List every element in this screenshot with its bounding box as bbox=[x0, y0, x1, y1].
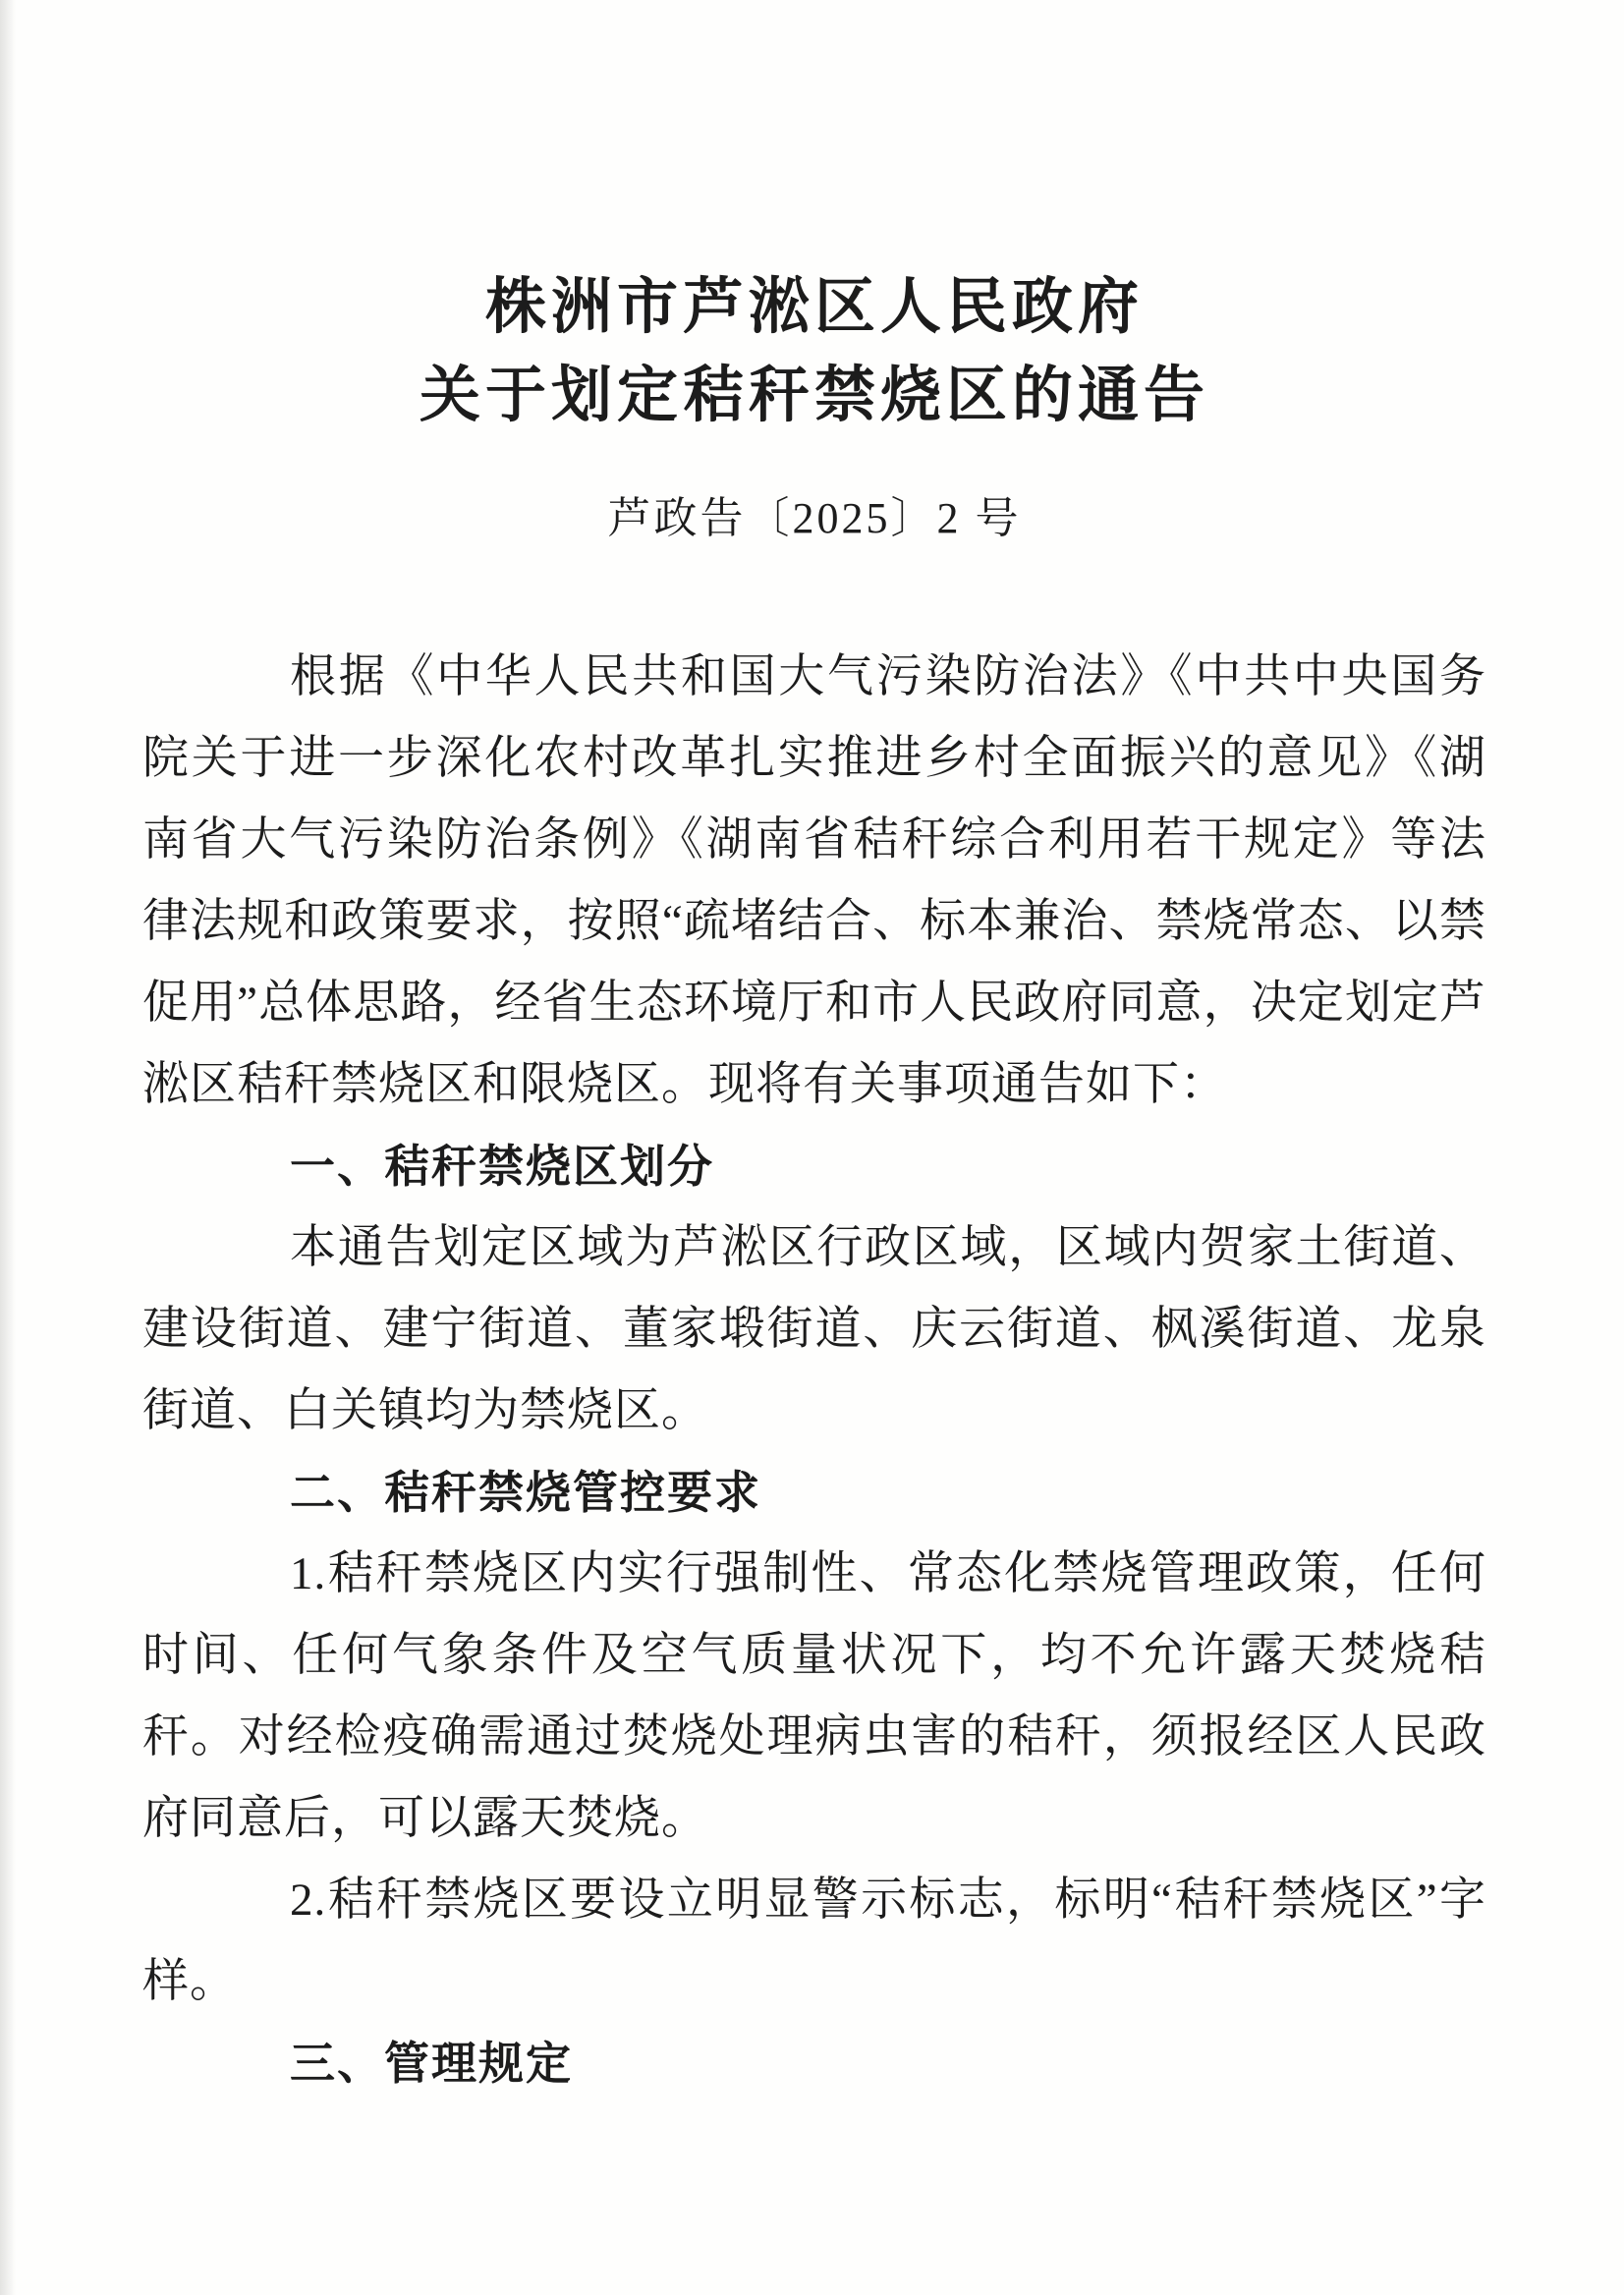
notice-body: 根据《中华人民共和国大气污染防治法》《中共中央国务院关于进一步深化农村改革扎实推… bbox=[142, 637, 1486, 2104]
document-number: 芦政告〔2025〕2 号 bbox=[142, 489, 1486, 548]
notice-title-line1: 株洲市芦淞区人民政府 bbox=[142, 263, 1486, 352]
section-2-paragraph-2: 2.秸秆禁烧区要设立明显警示标志，标明“秸秆禁烧区”字样。 bbox=[142, 1860, 1486, 2023]
intro-paragraph: 根据《中华人民共和国大气污染防治法》《中共中央国务院关于进一步深化农村改革扎实推… bbox=[142, 637, 1486, 1126]
section-heading-3: 三、管理规定 bbox=[142, 2023, 1486, 2104]
section-heading-1: 一、秸秆禁烧区划分 bbox=[142, 1126, 1486, 1207]
notice-title-line2: 关于划定秸秆禁烧区的通告 bbox=[142, 352, 1486, 440]
section-1-paragraph: 本通告划定区域为芦淞区行政区域，区域内贺家土街道、建设街道、建宁街道、董家塅街道… bbox=[142, 1207, 1486, 1452]
scan-edge-shading bbox=[0, 0, 16, 2295]
notice-title: 株洲市芦淞区人民政府 关于划定秸秆禁烧区的通告 bbox=[142, 263, 1486, 440]
section-2-paragraph-1: 1.秸秆禁烧区内实行强制性、常态化禁烧管理政策，任何时间、任何气象条件及空气质量… bbox=[142, 1534, 1486, 1860]
scanned-notice-page: 株洲市芦淞区人民政府 关于划定秸秆禁烧区的通告 芦政告〔2025〕2 号 根据《… bbox=[0, 0, 1624, 2295]
section-heading-2: 二、秸秆禁烧管控要求 bbox=[142, 1452, 1486, 1534]
document-content: 株洲市芦淞区人民政府 关于划定秸秆禁烧区的通告 芦政告〔2025〕2 号 根据《… bbox=[142, 0, 1486, 2104]
